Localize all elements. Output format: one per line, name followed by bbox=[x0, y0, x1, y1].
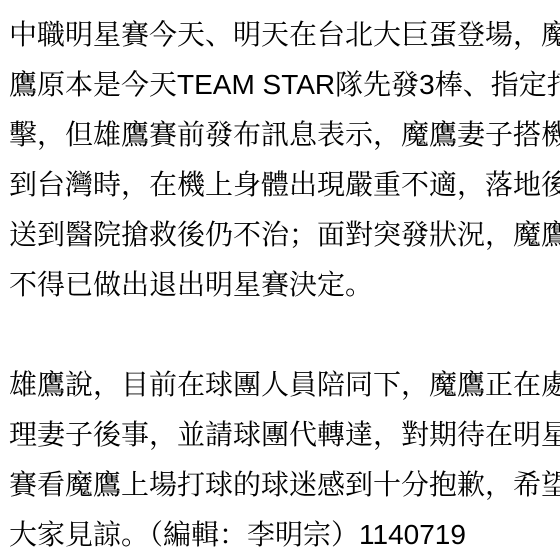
article-paragraph-1: 中職明星賽今天、明天在台北大巨蛋登場，魔 鷹原本是今天TEAM STAR隊先發3… bbox=[9, 10, 560, 310]
article-line: 擊，但雄鷹賽前發布訊息表示，魔鷹妻子搭機 bbox=[9, 110, 560, 160]
article-line: 理妻子後事，並請球團代轉達，對期待在明星 bbox=[9, 410, 560, 460]
article-paragraph-2: 雄鷹說，目前在球團人員陪同下，魔鷹正在處 理妻子後事，並請球團代轉達，對期待在明… bbox=[9, 360, 560, 560]
article-line: 雄鷹說，目前在球團人員陪同下，魔鷹正在處 bbox=[9, 360, 560, 410]
article-closing-line: 大家見諒。（編輯：李明宗）1140719 bbox=[9, 510, 560, 560]
doc-number-link[interactable]: 1140719 bbox=[359, 510, 466, 560]
closing-text: 大家見諒。（編輯：李明宗） bbox=[9, 519, 359, 550]
article-line: 送到醫院搶救後仍不治；面對突發狀況，魔鷹 bbox=[9, 210, 560, 260]
article-line: 賽看魔鷹上場打球的球迷感到十分抱歉，希望 bbox=[9, 460, 560, 510]
article-line: 中職明星賽今天、明天在台北大巨蛋登場，魔 bbox=[9, 10, 560, 60]
article-line: 不得已做出退出明星賽決定。 bbox=[9, 260, 560, 310]
article-line: 鷹原本是今天TEAM STAR隊先發3棒、指定打 bbox=[9, 60, 560, 110]
article-page: 中職明星賽今天、明天在台北大巨蛋登場，魔 鷹原本是今天TEAM STAR隊先發3… bbox=[0, 0, 560, 560]
article-line: 到台灣時，在機上身體出現嚴重不適，落地後 bbox=[9, 160, 560, 210]
